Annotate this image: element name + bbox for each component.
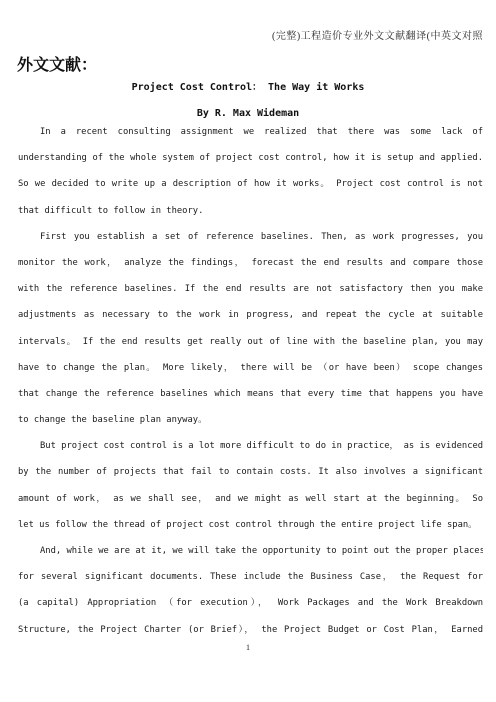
body-line: In a recent consulting assignment we rea… <box>18 119 483 145</box>
paragraph: But project cost control is a lot more d… <box>18 433 483 538</box>
body-line: First you establish a set of reference b… <box>18 224 483 250</box>
body-line: to change the baseline plan anyway。 <box>18 407 483 433</box>
paragraph: In a recent consulting assignment we rea… <box>18 119 483 224</box>
document-title: Project Cost Control： The Way it Works <box>0 81 496 95</box>
body-line: that difficult to follow in theory. <box>18 198 483 224</box>
document-body: In a recent consulting assignment we rea… <box>18 119 483 643</box>
body-line: intervals。 If the end results get really… <box>18 329 483 355</box>
body-line: by the number of projects that fail to c… <box>18 459 483 485</box>
body-line: adjustments as necessary to the work in … <box>18 302 483 328</box>
page-number: 1 <box>246 643 250 652</box>
paragraph: And, while we are at it, we will take th… <box>18 538 483 643</box>
body-line: And, while we are at it, we will take th… <box>18 538 483 564</box>
body-line: So we decided to write up a description … <box>18 171 483 197</box>
header-text: (完整)工程造价专业外文文献翻译(中英文对照 <box>272 31 483 42</box>
page-header: (完整)工程造价专业外文文献翻译(中英文对照 <box>0 0 496 43</box>
document-page: (完整)工程造价专业外文文献翻译(中英文对照 外文文献： Project Cos… <box>0 0 496 702</box>
page-footer: 1 <box>0 643 496 653</box>
body-line: for several significant documents. These… <box>18 564 483 590</box>
paragraph: First you establish a set of reference b… <box>18 224 483 434</box>
body-line: have to change the plan。 More likely， th… <box>18 355 483 381</box>
body-line: let us follow the thread of project cost… <box>18 512 483 538</box>
body-line: amount of work， as we shall see， and we … <box>18 486 483 512</box>
body-line: understanding of the whole system of pro… <box>18 145 483 171</box>
body-line: with the reference baselines. If the end… <box>18 276 483 302</box>
body-line: Structure, the Project Charter (or Brief… <box>18 617 483 643</box>
body-line: monitor the work， analyze the findings， … <box>18 250 483 276</box>
body-line: that change the reference baselines whic… <box>18 381 483 407</box>
section-heading: 外文文献： <box>17 55 496 75</box>
body-line: But project cost control is a lot more d… <box>18 433 483 459</box>
body-line: (a capital) Appropriation （for execution… <box>18 590 483 616</box>
